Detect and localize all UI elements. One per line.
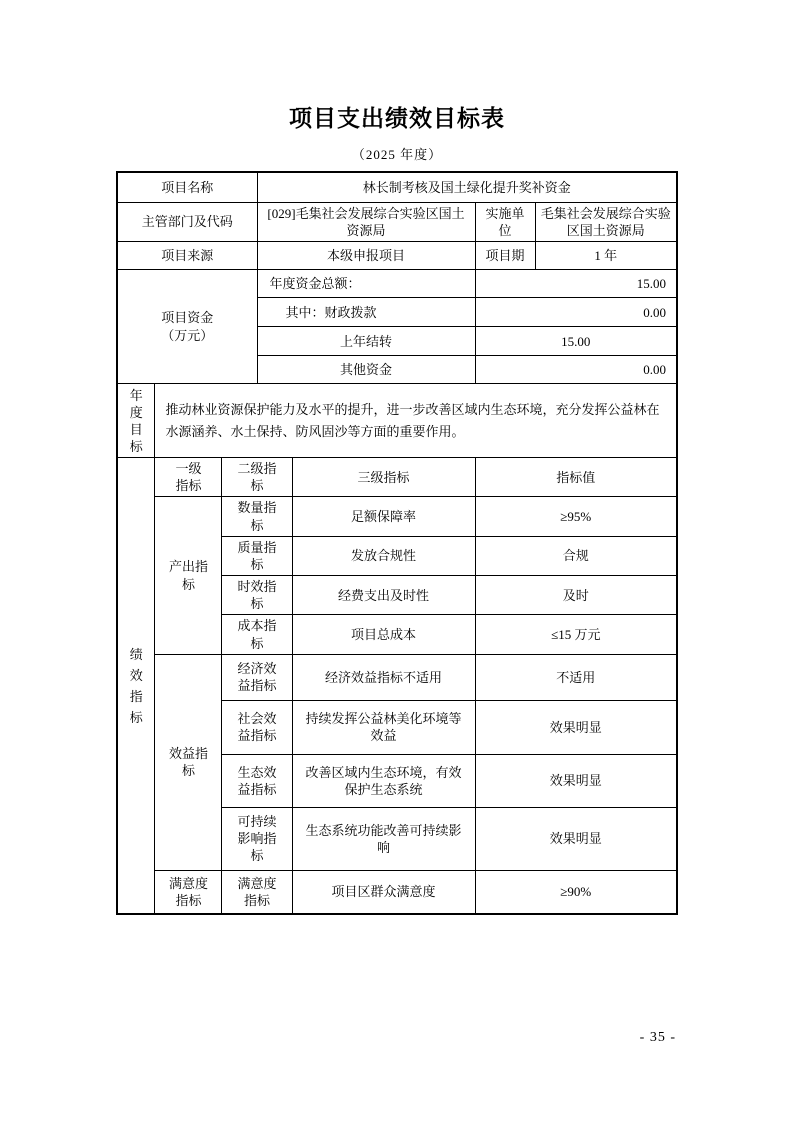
dept-value: [029]毛集社会发展综合实验区国土 资源局 <box>257 202 475 241</box>
indicator-row: 效益指 标 经济效 益指标 经济效益指标不适用 不适用 <box>117 654 677 700</box>
indicator-l2: 生态效 益指标 <box>222 754 292 807</box>
funding-total-name: 年度资金总额： <box>257 270 475 298</box>
page-number: - 35 - <box>640 1030 676 1046</box>
indicator-l3: 改善区域内生态环境，有效 保护生态系统 <box>292 754 475 807</box>
indicators-label: 绩 效 指 标 <box>117 458 155 915</box>
project-name-value: 林长制考核及国土绿化提升奖补资金 <box>257 172 677 202</box>
indicator-l3: 经济效益指标不适用 <box>292 654 475 700</box>
period-label: 项目期 <box>475 242 535 270</box>
group-output-label: 产出指 标 <box>155 497 222 654</box>
annual-goal-label: 年 度 目 标 <box>117 384 155 458</box>
indicator-row: 满意度 指标 满意度 指标 项目区群众满意度 ≥90% <box>117 870 677 914</box>
dept-label: 主管部门及代码 <box>117 202 257 241</box>
page-title: 项目支出绩效目标表 <box>0 106 794 131</box>
row-annual-goal: 年 度 目 标 推动林业资源保护能力及水平的提升，进一步改善区域内生态环境，充分… <box>117 384 677 458</box>
indicator-l2: 质量指 标 <box>222 536 292 575</box>
performance-target-table: 项目名称 林长制考核及国土绿化提升奖补资金 主管部门及代码 [029]毛集社会发… <box>116 171 678 915</box>
funding-other-value: 0.00 <box>475 356 677 384</box>
indicator-value: 不适用 <box>475 654 677 700</box>
header-level2: 二级指 标 <box>222 458 292 497</box>
indicator-value: 效果明显 <box>475 754 677 807</box>
annual-goal-text: 推动林业资源保护能力及水平的提升，进一步改善区域内生态环境，充分发挥公益林在水源… <box>155 384 677 458</box>
funding-label: 项目资金 （万元） <box>117 270 257 384</box>
funding-fiscal-name: 其中：财政拨款 <box>257 298 475 327</box>
row-source: 项目来源 本级申报项目 项目期 1 年 <box>117 242 677 270</box>
indicator-l3: 项目区群众满意度 <box>292 870 475 914</box>
row-indicator-header: 绩 效 指 标 一级 指标 二级指 标 三级指标 指标值 <box>117 458 677 497</box>
funding-total-value: 15.00 <box>475 270 677 298</box>
row-department: 主管部门及代码 [029]毛集社会发展综合实验区国土 资源局 实施单 位 毛集社… <box>117 202 677 241</box>
indicator-l3: 足额保障率 <box>292 497 475 536</box>
indicator-value: 及时 <box>475 576 677 615</box>
page-subtitle: （2025 年度） <box>0 144 794 163</box>
indicator-l2: 经济效 益指标 <box>222 654 292 700</box>
document-page: 项目支出绩效目标表 （2025 年度） 项目名称 林长制考核及国土绿化提升奖补资… <box>0 0 794 1122</box>
indicator-l3: 项目总成本 <box>292 615 475 654</box>
indicator-l3: 生态系统功能改善可持续影 响 <box>292 807 475 870</box>
indicator-l2: 成本指 标 <box>222 615 292 654</box>
header-level3: 三级指标 <box>292 458 475 497</box>
group-benefit-label: 效益指 标 <box>155 654 222 870</box>
indicator-l3: 发放合规性 <box>292 536 475 575</box>
indicator-value: ≥95% <box>475 497 677 536</box>
indicator-l2: 社会效 益指标 <box>222 700 292 754</box>
indicator-l2: 满意度 指标 <box>222 870 292 914</box>
indicator-l2: 数量指 标 <box>222 497 292 536</box>
funding-other-name: 其他资金 <box>257 356 475 384</box>
indicator-value: 效果明显 <box>475 700 677 754</box>
source-label: 项目来源 <box>117 242 257 270</box>
period-value: 1 年 <box>535 242 677 270</box>
row-funding-total: 项目资金 （万元） 年度资金总额： 15.00 <box>117 270 677 298</box>
header-value: 指标值 <box>475 458 677 497</box>
indicator-l3: 经费支出及时性 <box>292 576 475 615</box>
impl-unit-value: 毛集社会发展综合实验 区国土资源局 <box>535 202 677 241</box>
indicator-value: 效果明显 <box>475 807 677 870</box>
funding-carryover-name: 上年结转 <box>257 327 475 356</box>
project-name-label: 项目名称 <box>117 172 257 202</box>
indicator-l3: 持续发挥公益林美化环境等 效益 <box>292 700 475 754</box>
impl-unit-label: 实施单 位 <box>475 202 535 241</box>
indicator-value: ≥90% <box>475 870 677 914</box>
indicator-row: 产出指 标 数量指 标 足额保障率 ≥95% <box>117 497 677 536</box>
row-project-name: 项目名称 林长制考核及国土绿化提升奖补资金 <box>117 172 677 202</box>
funding-carryover-value: 15.00 <box>475 327 677 356</box>
source-value: 本级申报项目 <box>257 242 475 270</box>
header-level1: 一级 指标 <box>155 458 222 497</box>
funding-fiscal-value: 0.00 <box>475 298 677 327</box>
indicator-value: ≤15 万元 <box>475 615 677 654</box>
indicator-l2: 时效指 标 <box>222 576 292 615</box>
group-satisfaction-label: 满意度 指标 <box>155 870 222 914</box>
indicator-l2: 可持续 影响指 标 <box>222 807 292 870</box>
indicator-value: 合规 <box>475 536 677 575</box>
